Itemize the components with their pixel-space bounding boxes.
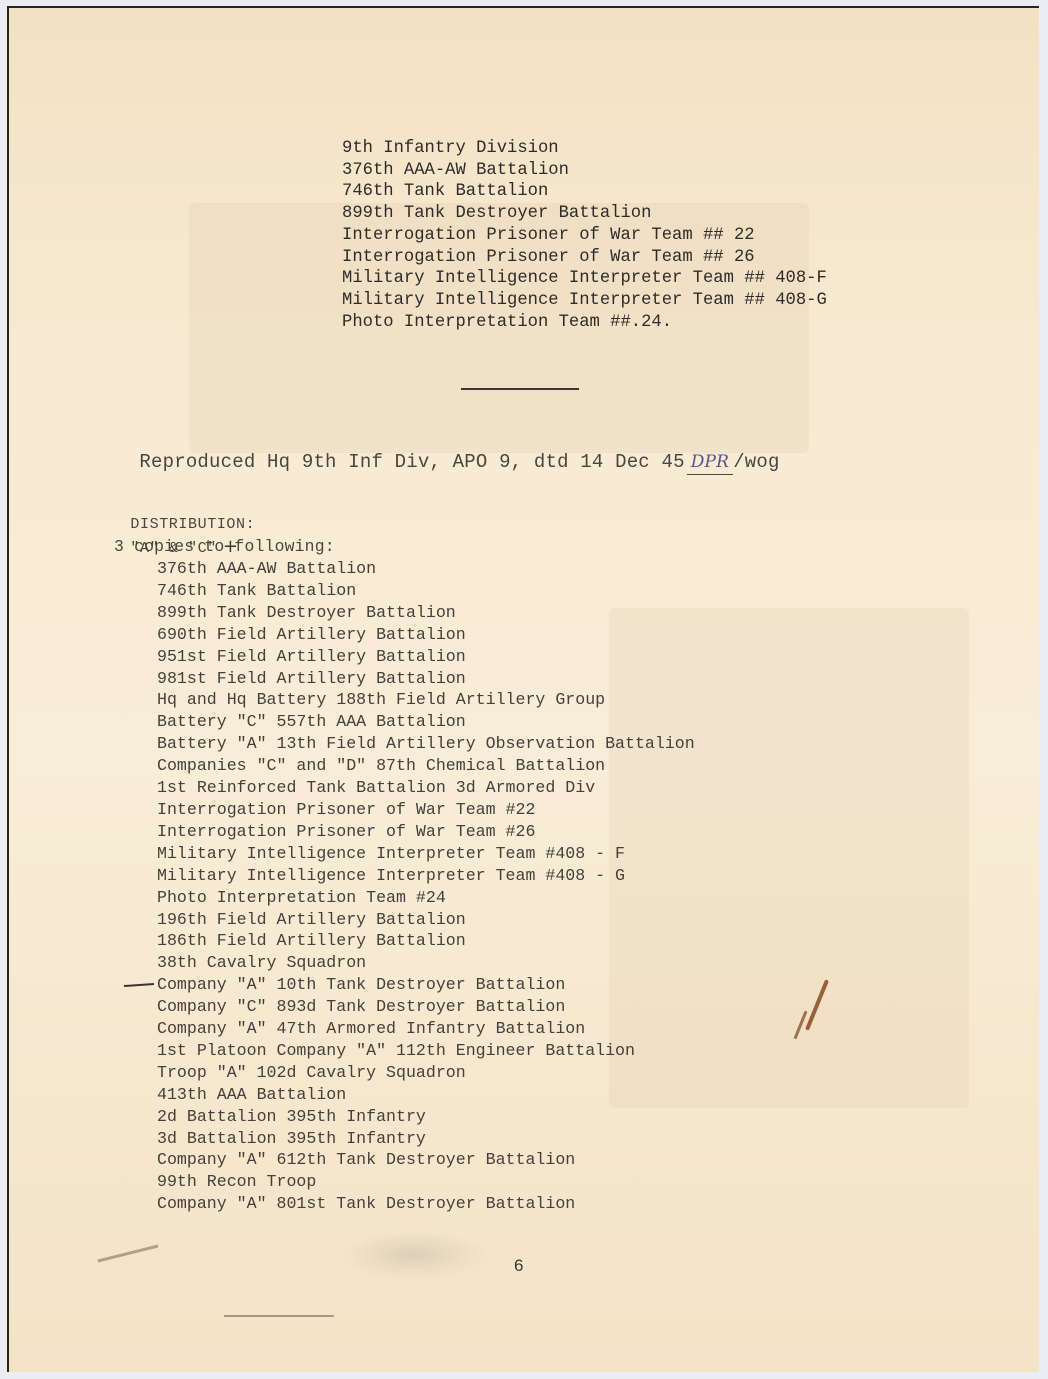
addressee-item: Interrogation Prisoner of War Team ## 26 bbox=[342, 247, 827, 269]
addressee-item: Interrogation Prisoner of War Team ## 22 bbox=[342, 225, 827, 247]
distribution-item: Military Intelligence Interpreter Team #… bbox=[157, 843, 695, 865]
addressee-item: 376th AAA-AW Battalion bbox=[342, 160, 827, 182]
distribution-item: 3d Battalion 395th Infantry bbox=[157, 1128, 695, 1150]
distribution-item: Companies "C" and "D" 87th Chemical Batt… bbox=[157, 755, 695, 777]
distribution-item: Company "A" 47th Armored Infantry Battal… bbox=[157, 1018, 695, 1040]
addressee-item: 746th Tank Battalion bbox=[342, 181, 827, 203]
addressee-item: 9th Infantry Division bbox=[342, 138, 827, 160]
distribution-item: Company "C" 893d Tank Destroyer Battalio… bbox=[157, 996, 695, 1018]
distribution-item: 38th Cavalry Squadron bbox=[157, 952, 695, 974]
addressee-list: 9th Infantry Division376th AAA-AW Battal… bbox=[342, 138, 827, 333]
distribution-item: 981st Field Artillery Battalion bbox=[157, 668, 695, 690]
distribution-item: Military Intelligence Interpreter Team #… bbox=[157, 865, 695, 887]
distribution-item: 413th AAA Battalion bbox=[157, 1084, 695, 1106]
distribution-item: Company "A" 801st Tank Destroyer Battali… bbox=[157, 1193, 695, 1215]
distribution-item: Interrogation Prisoner of War Team #26 bbox=[157, 821, 695, 843]
distribution-list: 376th AAA-AW Battalion746th Tank Battali… bbox=[157, 558, 695, 1215]
distribution-item: Company "A" 612th Tank Destroyer Battali… bbox=[157, 1149, 695, 1171]
distribution-item: Photo Interpretation Team #24 bbox=[157, 887, 695, 909]
distribution-item: 196th Field Artillery Battalion bbox=[157, 909, 695, 931]
distribution-item: Interrogation Prisoner of War Team #22 bbox=[157, 799, 695, 821]
copies-heading: 3 copies to following: bbox=[114, 536, 335, 558]
distribution-item: 376th AAA-AW Battalion bbox=[157, 558, 695, 580]
pen-dash-mark bbox=[124, 983, 154, 987]
distribution-item: 1st Reinforced Tank Battalion 3d Armored… bbox=[157, 777, 695, 799]
handwritten-initials: DPR bbox=[687, 452, 733, 475]
distribution-item: Battery "A" 13th Field Artillery Observa… bbox=[157, 733, 695, 755]
distribution-item: Battery "C" 557th AAA Battalion bbox=[157, 711, 695, 733]
addressee-item: 899th Tank Destroyer Battalion bbox=[342, 203, 827, 225]
addressee-item: Military Intelligence Interpreter Team #… bbox=[342, 290, 827, 312]
faded-stamp bbox=[339, 1230, 489, 1280]
distribution-item: 951st Field Artillery Battalion bbox=[157, 646, 695, 668]
distribution-item: 899th Tank Destroyer Battalion bbox=[157, 602, 695, 624]
distribution-item: 99th Recon Troop bbox=[157, 1171, 695, 1193]
addressee-item: Photo Interpretation Team ##.24. bbox=[342, 312, 827, 334]
reproduced-text: Reproduced Hq 9th Inf Div, APO 9, dtd 14… bbox=[139, 451, 684, 473]
distribution-label: DISTRIBUTION: bbox=[130, 516, 255, 533]
page-number: 6 bbox=[514, 1256, 523, 1276]
distribution-item: Company "A" 10th Tank Destroyer Battalio… bbox=[157, 974, 695, 996]
reproduction-line: Reproduced Hq 9th Inf Div, APO 9, dtd 14… bbox=[93, 430, 780, 496]
paper-scratch bbox=[224, 1315, 334, 1317]
distribution-item: 2d Battalion 395th Infantry bbox=[157, 1106, 695, 1128]
addressee-item: Military Intelligence Interpreter Team #… bbox=[342, 268, 827, 290]
distribution-item: Troop "A" 102d Cavalry Squadron bbox=[157, 1062, 695, 1084]
separator-rule bbox=[461, 388, 579, 390]
distribution-item: 1st Platoon Company "A" 112th Engineer B… bbox=[157, 1040, 695, 1062]
distribution-item: 690th Field Artillery Battalion bbox=[157, 624, 695, 646]
distribution-item: 746th Tank Battalion bbox=[157, 580, 695, 602]
typist-initials: /wog bbox=[733, 451, 779, 473]
distribution-item: Hq and Hq Battery 188th Field Artillery … bbox=[157, 689, 695, 711]
distribution-item: 186th Field Artillery Battalion bbox=[157, 930, 695, 952]
document-page: 9th Infantry Division376th AAA-AW Battal… bbox=[7, 6, 1039, 1372]
paper-scratch bbox=[98, 1245, 159, 1263]
